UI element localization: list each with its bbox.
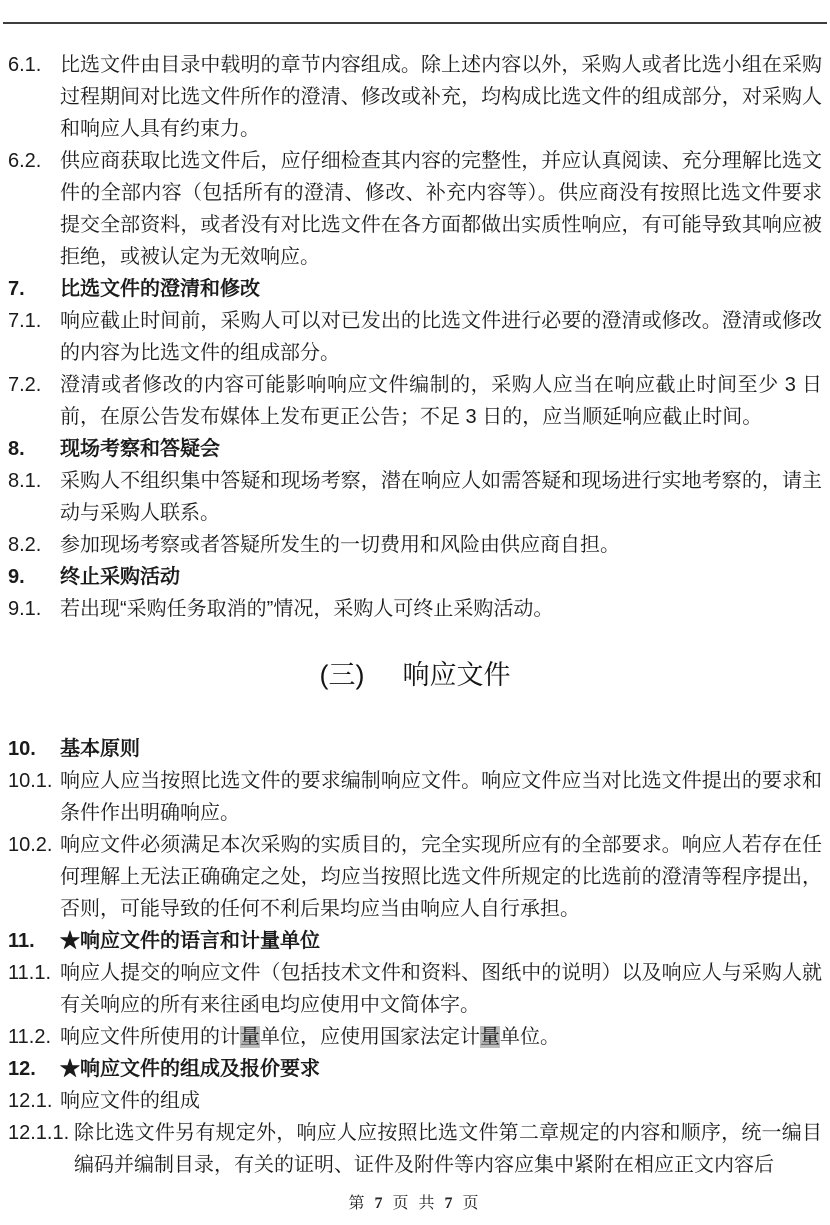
section-title: ★响应文件的组成及报价要求 — [60, 1053, 822, 1085]
section-number: 12. — [8, 1053, 60, 1085]
chapter-heading: (三) 响应文件 — [8, 653, 822, 697]
highlighted-char: 量 — [240, 1026, 260, 1048]
header-divider — [3, 22, 827, 24]
clause-text: 除比选文件另有规定外，响应人应按照比选文件第二章规定的内容和顺序，统一编目编码并… — [74, 1117, 822, 1181]
clause-text-segment: 单位。 — [500, 1026, 560, 1048]
chapter-heading-label: (三) — [320, 653, 365, 697]
clause-7-2: 7.2. 澄清或者修改的内容可能影响响应文件编制的，采购人应当在响应截止时间至少… — [8, 369, 822, 433]
section-title: 基本原则 — [60, 733, 822, 765]
section-number: 7. — [8, 273, 60, 305]
clause-text: 比选文件由目录中载明的章节内容组成。除上述内容以外，采购人或者比选小组在采购过程… — [60, 49, 822, 145]
clause-number: 8.1. — [8, 465, 60, 529]
clause-text: 若出现“采购任务取消的”情况，采购人可终止采购活动。 — [60, 593, 822, 625]
clause-text-segment: 单位，应使用国家法定计 — [260, 1026, 480, 1048]
clause-text: 响应文件所使用的计量单位，应使用国家法定计量单位。 — [60, 1021, 822, 1053]
clause-number: 12.1. — [8, 1085, 60, 1117]
clause-8-2: 8.2. 参加现场考察或者答疑所发生的一切费用和风险由供应商自担。 — [8, 529, 822, 561]
page-footer: 第 7 页 共 7 页 — [0, 1190, 830, 1213]
clause-10-2: 10.2. 响应文件必须满足本次采购的实质目的，完全实现所应有的全部要求。响应人… — [8, 829, 822, 925]
section-number: 9. — [8, 561, 60, 593]
clause-9-1: 9.1. 若出现“采购任务取消的”情况，采购人可终止采购活动。 — [8, 593, 822, 625]
clause-8-1: 8.1. 采购人不组织集中答疑和现场考察，潜在响应人如需答疑和现场进行实地考察的… — [8, 465, 822, 529]
section-title: ★响应文件的语言和计量单位 — [60, 925, 822, 957]
section-header-11: 11. ★响应文件的语言和计量单位 — [8, 925, 822, 957]
clause-text: 响应人应当按照比选文件的要求编制响应文件。响应文件应当对比选文件提出的要求和条件… — [60, 765, 822, 829]
clause-7-1: 7.1. 响应截止时间前，采购人可以对已发出的比选文件进行必要的澄清或修改。澄清… — [8, 305, 822, 369]
clause-number: 11.2. — [8, 1021, 60, 1053]
document-body: 6.1. 比选文件由目录中载明的章节内容组成。除上述内容以外，采购人或者比选小组… — [8, 49, 822, 1181]
clause-number: 8.2. — [8, 529, 60, 561]
clause-text: 响应文件的组成 — [60, 1085, 822, 1117]
section-title: 现场考察和答疑会 — [60, 433, 822, 465]
clause-text: 响应人提交的响应文件（包括技术文件和资料、图纸中的说明）以及响应人与采购人就有关… — [60, 957, 822, 1021]
document-page: 6.1. 比选文件由目录中载明的章节内容组成。除上述内容以外，采购人或者比选小组… — [0, 0, 830, 1225]
clause-number: 7.1. — [8, 305, 60, 369]
section-number: 8. — [8, 433, 60, 465]
section-header-8: 8. 现场考察和答疑会 — [8, 433, 822, 465]
clause-10-1: 10.1. 响应人应当按照比选文件的要求编制响应文件。响应文件应当对比选文件提出… — [8, 765, 822, 829]
clause-6-2: 6.2. 供应商获取比选文件后，应仔细检查其内容的完整性，并应认真阅读、充分理解… — [8, 145, 822, 273]
section-title: 比选文件的澄清和修改 — [60, 273, 822, 305]
section-header-10: 10. 基本原则 — [8, 733, 822, 765]
clause-number: 9.1. — [8, 593, 60, 625]
clause-text: 响应截止时间前，采购人可以对已发出的比选文件进行必要的澄清或修改。澄清或修改的内… — [60, 305, 822, 369]
clause-number: 6.1. — [8, 49, 60, 145]
clause-text: 响应文件必须满足本次采购的实质目的，完全实现所应有的全部要求。响应人若存在任何理… — [60, 829, 822, 925]
clause-number: 6.2. — [8, 145, 60, 273]
section-title: 终止采购活动 — [60, 561, 822, 593]
clause-number: 10.2. — [8, 829, 60, 925]
clause-number: 10.1. — [8, 765, 60, 829]
total-page-number: 7 — [445, 1195, 456, 1212]
clause-11-1: 11.1. 响应人提交的响应文件（包括技术文件和资料、图纸中的说明）以及响应人与… — [8, 957, 822, 1021]
clause-text-segment: 响应文件所使用的计 — [60, 1026, 240, 1048]
clause-6-1: 6.1. 比选文件由目录中载明的章节内容组成。除上述内容以外，采购人或者比选小组… — [8, 49, 822, 145]
footer-suffix: 页 — [463, 1195, 482, 1212]
section-number: 10. — [8, 733, 60, 765]
clause-11-2: 11.2. 响应文件所使用的计量单位，应使用国家法定计量单位。 — [8, 1021, 822, 1053]
section-header-7: 7. 比选文件的澄清和修改 — [8, 273, 822, 305]
clause-text: 供应商获取比选文件后，应仔细检查其内容的完整性，并应认真阅读、充分理解比选文件的… — [60, 145, 822, 273]
clause-number: 11.1. — [8, 957, 60, 1021]
clause-12-1-1: 12.1.1. 除比选文件另有规定外，响应人应按照比选文件第二章规定的内容和顺序… — [8, 1117, 822, 1181]
section-number: 11. — [8, 925, 60, 957]
current-page-number: 7 — [374, 1195, 385, 1212]
highlighted-char: 量 — [480, 1026, 500, 1048]
section-header-9: 9. 终止采购活动 — [8, 561, 822, 593]
clause-text: 参加现场考察或者答疑所发生的一切费用和风险由供应商自担。 — [60, 529, 822, 561]
clause-text: 澄清或者修改的内容可能影响响应文件编制的，采购人应当在响应截止时间至少 3 日前… — [60, 369, 822, 433]
clause-12-1: 12.1. 响应文件的组成 — [8, 1085, 822, 1117]
footer-prefix: 第 — [348, 1195, 367, 1212]
section-header-12: 12. ★响应文件的组成及报价要求 — [8, 1053, 822, 1085]
chapter-heading-title: 响应文件 — [402, 653, 510, 697]
clause-number: 12.1.1. — [8, 1117, 74, 1181]
footer-mid: 页 共 — [392, 1195, 437, 1212]
clause-number: 7.2. — [8, 369, 60, 433]
clause-text: 采购人不组织集中答疑和现场考察，潜在响应人如需答疑和现场进行实地考察的，请主动与… — [60, 465, 822, 529]
